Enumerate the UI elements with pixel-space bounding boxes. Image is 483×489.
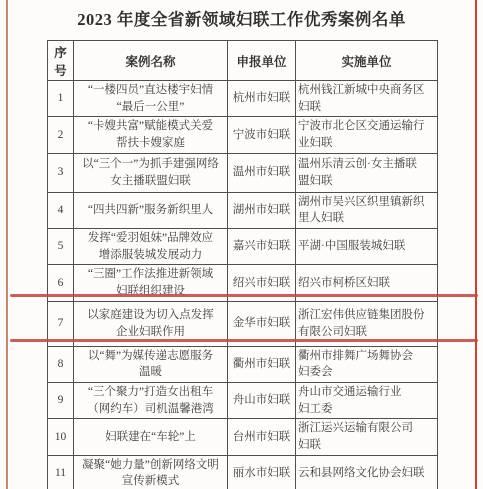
declaring-unit-cell: 舟山市妇联 <box>228 383 296 419</box>
table-row: 5 发挥“爱羽姐妹”品牌效应 增添服装城发展动力 嘉兴市妇联 平湖·中国服装城妇… <box>48 229 438 265</box>
declaring-unit-cell: 丽水市妇联 <box>228 455 296 489</box>
row-index-cell: 10 <box>48 419 74 455</box>
header-index: 序 号 <box>48 41 74 81</box>
table-row: 4 “四共四新”服务新织里人 湖州市妇联 湖州市吴兴区织里镇新织 里人妇联 <box>48 192 438 228</box>
declaring-unit-cell: 温州市妇联 <box>228 153 296 192</box>
table-row: 8 以“舞”为媒传递志愿服务 温暖 衢州市妇联 衢州市排舞广场舞协会 妇委会 <box>48 346 438 382</box>
table-row: 9 “三个聚力”打造女出租车 （网约车）司机温馨港湾 舟山市妇联 舟山市交通运输… <box>48 383 438 419</box>
implementing-unit-cell: 宁波市北仑区交通运输行 业妇联 <box>296 117 438 153</box>
row-index-cell: 4 <box>48 192 74 228</box>
row-index-cell: 5 <box>48 229 74 265</box>
red-annotation-line-left <box>6 0 8 489</box>
declaring-unit-cell: 台州市妇联 <box>228 419 296 455</box>
table-header-row: 序 号 案例名称 申报单位 实施单位 <box>48 41 438 81</box>
document-title: 2023 年度全省新领域妇联工作优秀案例名单 <box>0 6 483 30</box>
implementing-unit-cell: 舟山市交通运输行业 妇工委 <box>296 383 438 419</box>
declaring-unit-cell: 嘉兴市妇联 <box>228 229 296 265</box>
declaring-unit-cell: 宁波市妇联 <box>228 117 296 153</box>
declaring-unit-cell: 杭州市妇联 <box>228 81 296 117</box>
header-declaring-unit: 申报单位 <box>228 41 296 81</box>
row-index-cell: 8 <box>48 346 74 382</box>
table-row: 1 “一楼四员”直达楼宇妇情 “最后一公里” 杭州市妇联 杭州钱江新城中央商务区… <box>48 81 438 117</box>
case-name-cell: “四共四新”服务新织里人 <box>74 192 228 228</box>
declaring-unit-cell: 湖州市妇联 <box>228 192 296 228</box>
implementing-unit-cell: 云和县网络文化协会妇联 <box>296 455 438 489</box>
table-row: 2 “卡嫂共富”赋能模式关爱 帮扶卡嫂家庭 宁波市妇联 宁波市北仑区交通运输行 … <box>48 117 438 153</box>
table-row: 11 凝聚“她力量”创新网络文明 宣传新模式 丽水市妇联 云和县网络文化协会妇联 <box>48 455 438 489</box>
case-name-cell: 以“三个一”为抓手建强网络 女主播联盟妇联 <box>74 153 228 192</box>
case-name-cell: 以“舞”为媒传递志愿服务 温暖 <box>74 346 228 382</box>
table-row: 3 以“三个一”为抓手建强网络 女主播联盟妇联 温州市妇联 温州乐清云创·女主播… <box>48 153 438 192</box>
row-index-cell: 9 <box>48 383 74 419</box>
implementing-unit-cell: 衢州市排舞广场舞协会 妇委会 <box>296 346 438 382</box>
row-index-cell: 2 <box>48 117 74 153</box>
cases-table: 序 号 案例名称 申报单位 实施单位 1 “一楼四员”直达楼宇妇情 “最后一公里… <box>47 40 438 489</box>
row-index-cell: 1 <box>48 81 74 117</box>
case-name-cell: “三个聚力”打造女出租车 （网约车）司机温馨港湾 <box>74 383 228 419</box>
header-case-name: 案例名称 <box>74 41 228 81</box>
implementing-unit-cell: 浙江运兴运输有限公司 妇联 <box>296 419 438 455</box>
implementing-unit-cell: 湖州市吴兴区织里镇新织 里人妇联 <box>296 192 438 228</box>
declaring-unit-cell: 衢州市妇联 <box>228 346 296 382</box>
implementing-unit-cell: 平湖·中国服装城妇联 <box>296 229 438 265</box>
case-name-cell: 凝聚“她力量”创新网络文明 宣传新模式 <box>74 455 228 489</box>
red-annotation-line-right <box>475 0 477 489</box>
implementing-unit-cell: 温州乐清云创·女主播联 盟妇联 <box>296 153 438 192</box>
red-highlight-box-bottom-line <box>10 339 478 342</box>
red-highlight-box-top-line <box>10 294 478 297</box>
case-name-cell: 妇联建在“车轮”上 <box>74 419 228 455</box>
table-row: 10 妇联建在“车轮”上 台州市妇联 浙江运兴运输有限公司 妇联 <box>48 419 438 455</box>
case-name-cell: “一楼四员”直达楼宇妇情 “最后一公里” <box>74 81 228 117</box>
case-name-cell: 发挥“爱羽姐妹”品牌效应 增添服装城发展动力 <box>74 229 228 265</box>
case-name-cell: “卡嫂共富”赋能模式关爱 帮扶卡嫂家庭 <box>74 117 228 153</box>
row-index-cell: 3 <box>48 153 74 192</box>
row-index-cell: 11 <box>48 455 74 489</box>
document-page: 2023 年度全省新领域妇联工作优秀案例名单 序 号 案例名称 申报单位 实施单… <box>0 0 483 489</box>
implementing-unit-cell: 杭州钱江新城中央商务区 妇联 <box>296 81 438 117</box>
header-implementing-unit: 实施单位 <box>296 41 438 81</box>
